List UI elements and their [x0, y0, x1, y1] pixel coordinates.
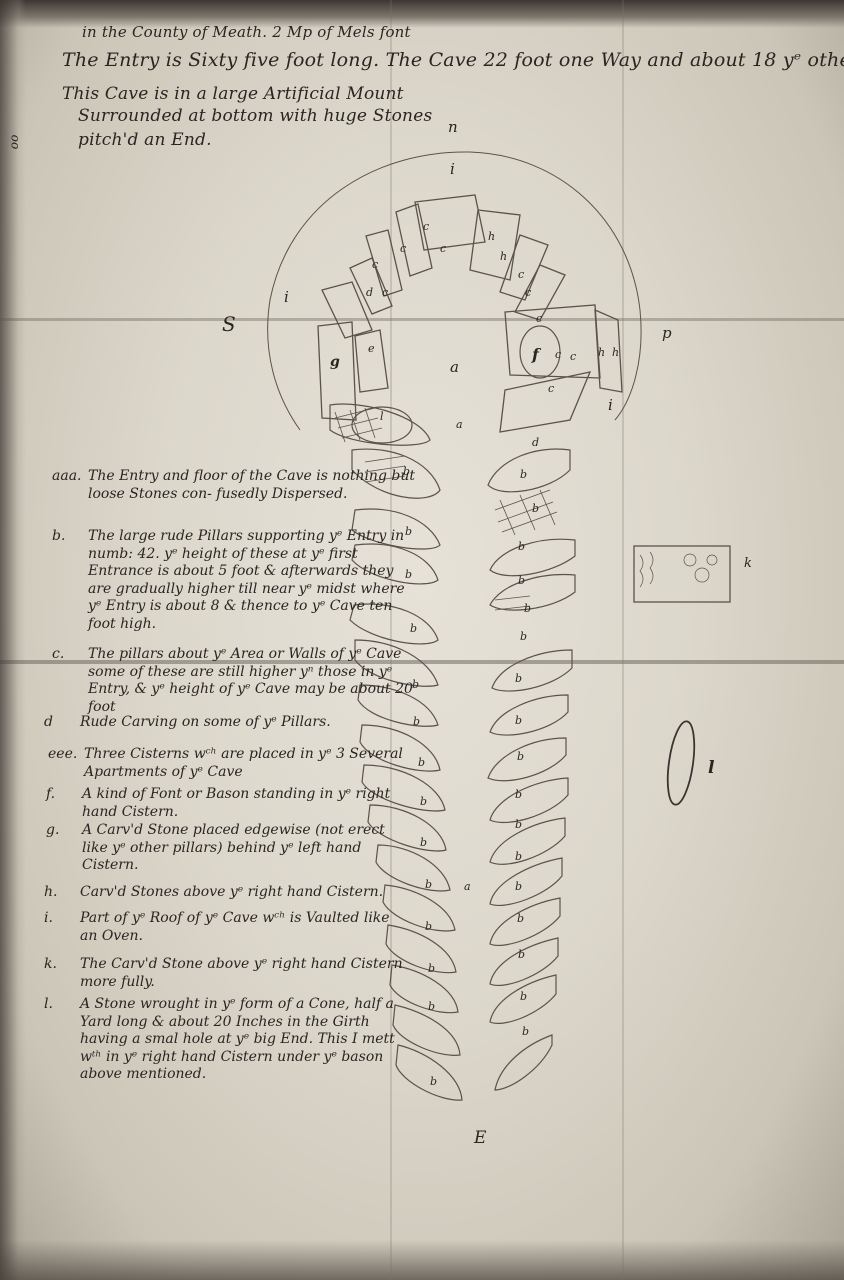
legend-label: h.: [44, 884, 78, 902]
svg-text:b: b: [515, 818, 522, 831]
plan-label-i-right: i: [608, 396, 613, 414]
legend-item-b: b. The large rude Pillars supporting yᵉ …: [52, 528, 422, 640]
svg-text:b: b: [518, 574, 525, 587]
legend-text: A Carv'd Stone placed edgewise (not erec…: [82, 822, 412, 875]
plan-label-p: p: [662, 324, 672, 342]
svg-text:b: b: [520, 468, 527, 481]
legend-item-c: c. The pillars about yᵉ Area or Walls of…: [52, 646, 422, 702]
svg-text:b: b: [420, 836, 427, 849]
manuscript-sheet: in the County of Meath. 2 Mp of Mels fon…: [0, 0, 844, 1280]
svg-text:b: b: [520, 630, 527, 643]
legend-text: A kind of Font or Bason standing in yᵉ r…: [82, 786, 412, 821]
svg-text:g: g: [330, 354, 340, 370]
svg-text:b: b: [520, 990, 527, 1003]
svg-text:c: c: [440, 242, 446, 255]
legend-item-k: k. The Carv'd Stone above yᵉ right hand …: [44, 956, 414, 996]
legend-item-i: i. Part of yᵉ Roof of yᵉ Cave wᶜʰ is Vau…: [44, 910, 414, 950]
svg-text:b: b: [518, 540, 525, 553]
svg-text:c: c: [382, 286, 388, 299]
svg-text:c: c: [548, 382, 554, 395]
svg-text:h: h: [488, 230, 495, 243]
legend-text: Part of yᵉ Roof of yᵉ Cave wᶜʰ is Vaulte…: [80, 910, 410, 945]
legend-label: b.: [52, 528, 86, 546]
svg-text:c: c: [372, 258, 378, 271]
plan-label-i-top: i: [450, 160, 455, 178]
svg-text:b: b: [425, 878, 432, 891]
legend-text: A Stone wrought in yᵉ form of a Cone, ha…: [80, 996, 410, 1084]
legend-label: c.: [52, 646, 86, 664]
svg-text:h: h: [612, 346, 619, 359]
legend-item-h: h. Carv'd Stones above yᵉ right hand Cis…: [44, 884, 414, 904]
plan-label-a-mid: a: [456, 418, 463, 431]
svg-text:c: c: [570, 350, 576, 363]
plan-label-s: S: [222, 312, 236, 336]
svg-text:d: d: [366, 286, 373, 299]
svg-text:b: b: [518, 948, 525, 961]
plan-label-i-left: i: [284, 288, 289, 306]
svg-text:b: b: [515, 788, 522, 801]
svg-text:c: c: [423, 220, 429, 233]
svg-text:b: b: [425, 920, 432, 933]
svg-text:c: c: [525, 286, 531, 299]
svg-text:h: h: [500, 250, 507, 263]
svg-text:c: c: [518, 268, 524, 281]
svg-text:f: f: [531, 345, 542, 364]
legend-item-l: l. A Stone wrought in yᵉ form of a Cone,…: [44, 996, 414, 1096]
plan-label-l: l: [708, 758, 714, 778]
svg-text:b: b: [515, 672, 522, 685]
legend-text: Three Cisterns wᶜʰ are placed in yᵉ 3 Se…: [84, 746, 414, 781]
legend-label: d: [44, 714, 78, 732]
plan-label-n: n: [448, 118, 458, 136]
svg-text:l: l: [380, 410, 384, 423]
legend-label: f.: [46, 786, 80, 804]
legend-label: l.: [44, 996, 78, 1014]
svg-text:c: c: [400, 242, 406, 255]
svg-text:b: b: [515, 880, 522, 893]
legend-label: g.: [46, 822, 80, 840]
svg-text:b: b: [430, 1075, 437, 1088]
plan-label-entrance-e: E: [474, 1128, 486, 1148]
plan-label-a-center: a: [450, 358, 459, 376]
legend-label: i.: [44, 910, 78, 928]
legend-item-f: f. A kind of Font or Bason standing in y…: [46, 786, 416, 824]
svg-text:b: b: [522, 1025, 529, 1038]
legend-item-eee: eee. Three Cisterns wᶜʰ are placed in yᵉ…: [48, 746, 418, 784]
legend-text: The pillars about yᵉ Area or Walls of yᵉ…: [88, 646, 418, 716]
legend-text: Carv'd Stones above yᵉ right hand Cister…: [80, 884, 410, 902]
svg-text:c: c: [536, 312, 542, 325]
svg-text:b: b: [517, 912, 524, 925]
legend-label: eee.: [48, 746, 82, 764]
legend-item-d: d Rude Carving on some of yᵉ Pillars.: [44, 714, 414, 734]
svg-text:b: b: [517, 750, 524, 763]
svg-text:b: b: [532, 502, 539, 515]
svg-text:b: b: [515, 850, 522, 863]
legend-text: The Entry and floor of the Cave is nothi…: [88, 468, 418, 503]
svg-text:b: b: [515, 714, 522, 727]
plan-label-k: k: [744, 556, 752, 571]
svg-text:b: b: [420, 795, 427, 808]
svg-text:c: c: [555, 348, 561, 361]
svg-text:d: d: [532, 436, 539, 449]
plan-label-a-lower: a: [464, 880, 471, 893]
legend-label: k.: [44, 956, 78, 974]
legend-text: Rude Carving on some of yᵉ Pillars.: [80, 714, 410, 732]
svg-text:e: e: [368, 342, 375, 355]
legend-label: aaa.: [52, 468, 86, 486]
svg-text:h: h: [598, 346, 605, 359]
legend-text: The large rude Pillars supporting yᵉ Ent…: [88, 528, 418, 633]
svg-text:b: b: [428, 1000, 435, 1013]
legend-text: The Carv'd Stone above yᵉ right hand Cis…: [80, 956, 410, 991]
svg-text:b: b: [428, 962, 435, 975]
svg-text:b: b: [413, 715, 420, 728]
svg-text:b: b: [524, 602, 531, 615]
svg-text:b: b: [418, 756, 425, 769]
legend-item-g: g. A Carv'd Stone placed edgewise (not e…: [46, 822, 416, 878]
legend-item-aaa: aaa. The Entry and floor of the Cave is …: [52, 468, 422, 520]
